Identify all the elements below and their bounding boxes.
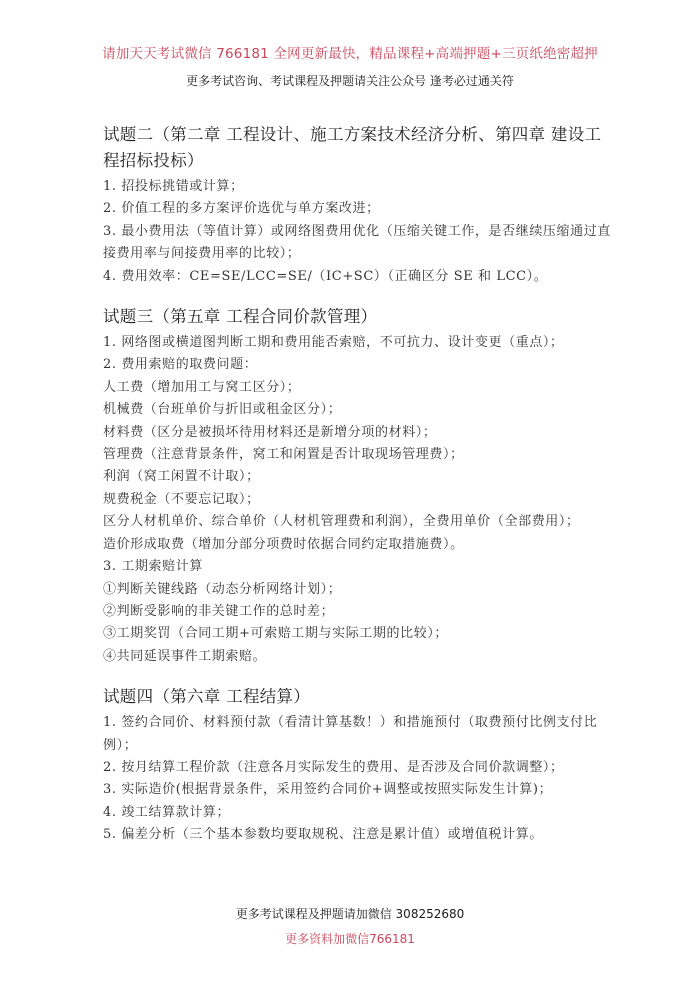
document-body: 试题二（第二章 工程设计、施工方案技术经济分析、第四章 建设工程招标投标） 1.… <box>103 122 613 847</box>
section-question-3: 试题三（第五章 工程合同价款管理） 1. 网络图或横道图判断工期和费用能否索赔，… <box>103 304 613 668</box>
list-item: ④共同延误事件工期索赔。 <box>103 646 613 668</box>
list-item: 3. 最小费用法（等值计算）或网络图费用优化（压缩关键工作，是否继续压缩通过直接… <box>103 221 613 266</box>
list-item: 3. 工期索赔计算 <box>103 556 613 578</box>
list-item: 2. 费用索赔的取费问题： <box>103 354 613 376</box>
list-item: 2. 按月结算工程价款（注意各月实际发生的费用、是否涉及合同价款调整）； <box>103 757 613 779</box>
list-item: 3. 实际造价(根据背景条件，采用签约合同价+调整或按照实际发生计算)； <box>103 779 613 801</box>
list-item: 1. 网络图或横道图判断工期和费用能否索赔，不可抗力、设计变更（重点）； <box>103 332 613 354</box>
list-item: 区分人材机单价、综合单价（人材机管理费和利润），全费用单价（全部费用）； <box>103 511 613 533</box>
footer-wechat-black: 更多考试课程及押题请加微信 308252680 <box>0 905 700 922</box>
list-item: 1. 招投标挑错或计算； <box>103 176 613 198</box>
section-heading: 试题四（第六章 工程结算） <box>103 684 613 710</box>
list-item: 4. 费用效率：CE=SE/LCC=SE/（IC+SC）（正确区分 SE 和 L… <box>103 266 613 288</box>
section-heading: 试题三（第五章 工程合同价款管理） <box>103 304 613 330</box>
section-heading: 试题二（第二章 工程设计、施工方案技术经济分析、第四章 建设工程招标投标） <box>103 122 613 174</box>
header-promo-black: 更多考试咨询、考试课程及押题请关注公众号 逢考必过通关符 <box>0 72 700 89</box>
footer-wechat-red: 更多资料加微信766181 <box>0 930 700 947</box>
section-question-4: 试题四（第六章 工程结算） 1. 签约合同价、材料预付款（看清计算基数！）和措施… <box>103 684 613 846</box>
header-promo-red: 请加天天考试微信 766181 全网更新最快，精品课程+高端押题+三页纸绝密超押 <box>0 42 700 62</box>
list-item: 造价形成取费（增加分部分项费时依据合同约定取措施费）。 <box>103 534 613 556</box>
section-question-2: 试题二（第二章 工程设计、施工方案技术经济分析、第四章 建设工程招标投标） 1.… <box>103 122 613 288</box>
list-item: 材料费（区分是被损坏待用材料还是新增分项的材料）； <box>103 422 613 444</box>
list-item: ③工期奖罚（合同工期+可索赔工期与实际工期的比较）； <box>103 623 613 645</box>
list-item: 1. 签约合同价、材料预付款（看清计算基数！）和措施预付（取费预付比例支付比例）… <box>103 712 613 757</box>
list-item: ②判断受影响的非关键工作的总时差； <box>103 601 613 623</box>
list-item: 人工费（增加用工与窝工区分）； <box>103 377 613 399</box>
list-item: 5. 偏差分析（三个基本参数均要取规税、注意是累计值）或增值税计算。 <box>103 824 613 846</box>
list-item: 管理费（注意背景条件，窝工和闲置是否计取现场管理费）； <box>103 444 613 466</box>
list-item: 2. 价值工程的多方案评价选优与单方案改进； <box>103 198 613 220</box>
list-item: ①判断关键线路（动态分析网络计划）； <box>103 579 613 601</box>
list-item: 利润（窝工闲置不计取）； <box>103 466 613 488</box>
list-item: 规费税金（不要忘记取）； <box>103 489 613 511</box>
list-item: 机械费（台班单价与折旧或租金区分）； <box>103 399 613 421</box>
list-item: 4. 竣工结算款计算； <box>103 802 613 824</box>
